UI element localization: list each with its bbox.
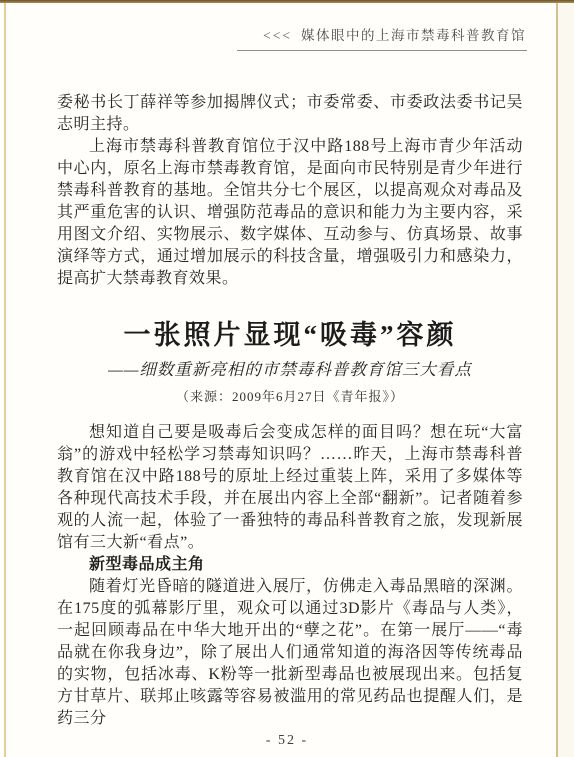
article-paragraph-2: 随着灯光昏暗的隧道进入展厅，仿佛走入毒品黑暗的深渊。在175度的弧幕影厅里，观众… <box>57 576 523 730</box>
page-header: <<<媒体眼中的上海市禁毒科普教育馆 <box>57 24 527 51</box>
paragraph-museum-intro: 上海市禁毒科普教育馆位于汉中路188号上海市青少年活动中心内，原名上海市禁毒教育… <box>57 136 523 290</box>
page-top-border <box>0 0 574 3</box>
page-right-edge <box>556 3 558 757</box>
article-source: （来源：2009年6月27日《青年报》） <box>57 387 523 406</box>
page-footer: - 52 - <box>0 733 574 749</box>
page-content: 委秘书长丁薛祥等参加揭牌仪式；市委常委、市委政法委书记吴志明主持。 上海市禁毒科… <box>57 92 523 730</box>
running-header: <<<媒体眼中的上海市禁毒科普教育馆 <box>237 24 527 51</box>
page-left-edge <box>4 3 6 757</box>
article-subtitle: ——细数重新亮相的市禁毒科普教育馆三大看点 <box>57 358 523 382</box>
article-paragraph-1: 想知道自己要是吸毒后会变成怎样的面目吗？想在玩“大富翁”的游戏中轻松学习禁毒知识… <box>57 422 523 554</box>
article-title: 一张照片显现“吸毒”容颜 <box>57 317 523 353</box>
running-header-title: 媒体眼中的上海市禁毒科普教育馆 <box>301 28 526 43</box>
page-right-margin <box>558 3 574 757</box>
chevron-left-icon: <<< <box>263 28 292 43</box>
section-heading-new-drugs: 新型毒品成主角 <box>57 554 523 576</box>
paragraph-continuation: 委秘书长丁薛祥等参加揭牌仪式；市委常委、市委政法委书记吴志明主持。 <box>57 92 523 136</box>
page-number: - 52 - <box>266 733 308 748</box>
